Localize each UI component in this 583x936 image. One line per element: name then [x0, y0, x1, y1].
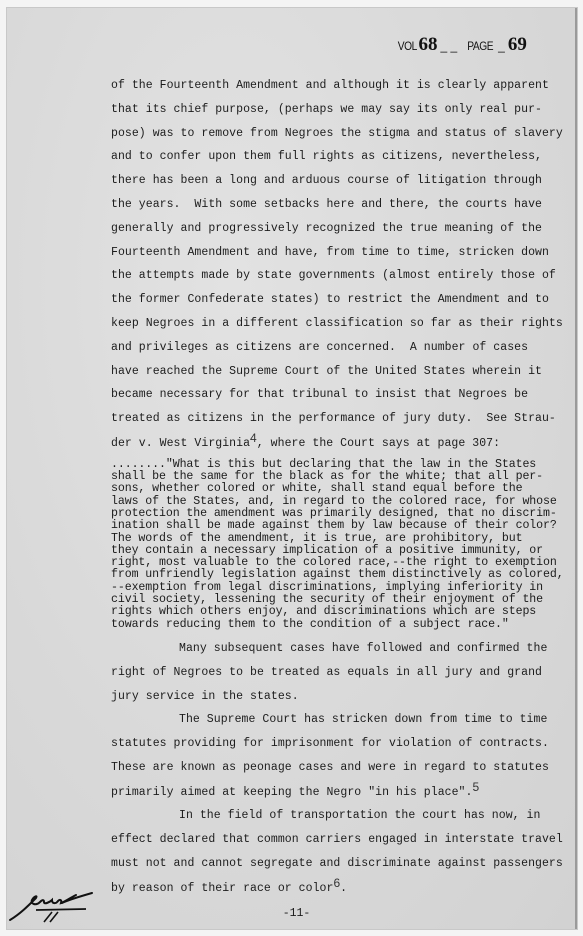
- text-line: right of Negroes to be treated as equals…: [111, 661, 576, 685]
- footnote-marker: 5: [472, 780, 479, 794]
- quote-line: towards reducing them to the condition o…: [111, 619, 576, 631]
- text-line: must not and cannot segregate and discri…: [111, 852, 576, 876]
- text-line: of the Fourteenth Amendment and although…: [111, 74, 576, 98]
- footnote-marker: 4: [250, 431, 257, 445]
- text-line: and privileges as citizens are concerned…: [111, 336, 576, 360]
- text-line: der v. West Virginia4, where the Court s…: [111, 431, 576, 456]
- paragraph-1: of the Fourteenth Amendment and although…: [111, 74, 576, 456]
- text-line: effect declared that common carriers eng…: [111, 828, 576, 852]
- paragraph-4: In the field of transportation the court…: [111, 804, 576, 900]
- text-line: Many subsequent cases have followed and …: [111, 637, 576, 661]
- paragraph-2: Many subsequent cases have followed and …: [111, 637, 576, 708]
- text-line: the years. With some setbacks here and t…: [111, 193, 576, 217]
- text-line: treated as citizens in the performance o…: [111, 407, 576, 431]
- text-line: the attempts made by state governments (…: [111, 264, 576, 288]
- paragraph-3: The Supreme Court has stricken down from…: [111, 708, 576, 804]
- document-body: of the Fourteenth Amendment and although…: [111, 74, 576, 901]
- stamp-page-number: 69: [508, 34, 527, 55]
- text-line: have reached the Supreme Court of the Un…: [111, 360, 576, 384]
- text-line: by reason of their race or color6.: [111, 876, 576, 901]
- quote-line: ination shall be made against them by la…: [111, 520, 576, 532]
- quote-line: The words of the amendment, it is true, …: [111, 533, 576, 545]
- text-line: primarily aimed at keeping the Negro "in…: [111, 780, 576, 805]
- text-line: keep Negroes in a different classificati…: [111, 312, 576, 336]
- volume-page-stamp: VOL68_ _ PAGE_69: [396, 34, 527, 56]
- page-label: PAGE: [467, 39, 493, 53]
- vol-number: 68: [419, 34, 438, 55]
- text-line: In the field of transportation the court…: [111, 804, 576, 828]
- quote-line: sons, whether colored or white, shall st…: [111, 483, 576, 495]
- text-line: the former Confederate states) to restri…: [111, 288, 576, 312]
- text-line: jury service in the states.: [111, 685, 576, 709]
- text-line: The Supreme Court has stricken down from…: [111, 708, 576, 732]
- block-quote: ........"What is this but declaring that…: [111, 459, 576, 631]
- text-line: generally and progressively recognized t…: [111, 217, 576, 241]
- text-line: there has been a long and arduous course…: [111, 169, 576, 193]
- footnote-marker: 6: [333, 876, 340, 890]
- text-line: that its chief purpose, (perhaps we may …: [111, 98, 576, 122]
- vol-label: VOL: [398, 39, 417, 53]
- text-line: These are known as peonage cases and wer…: [111, 756, 576, 780]
- page-footer-number: -11-: [0, 907, 583, 920]
- quote-line: from unfriendly legislation against them…: [111, 569, 576, 581]
- text-line: statutes providing for imprisonment for …: [111, 732, 576, 756]
- text-line: pose) was to remove from Negroes the sti…: [111, 122, 576, 146]
- text-line: became necessary for that tribunal to in…: [111, 383, 576, 407]
- quote-line: rights which others enjoy, and discrimin…: [111, 606, 576, 618]
- text-line: Fourteenth Amendment and have, from time…: [111, 241, 576, 265]
- text-line: and to confer upon them full rights as c…: [111, 145, 576, 169]
